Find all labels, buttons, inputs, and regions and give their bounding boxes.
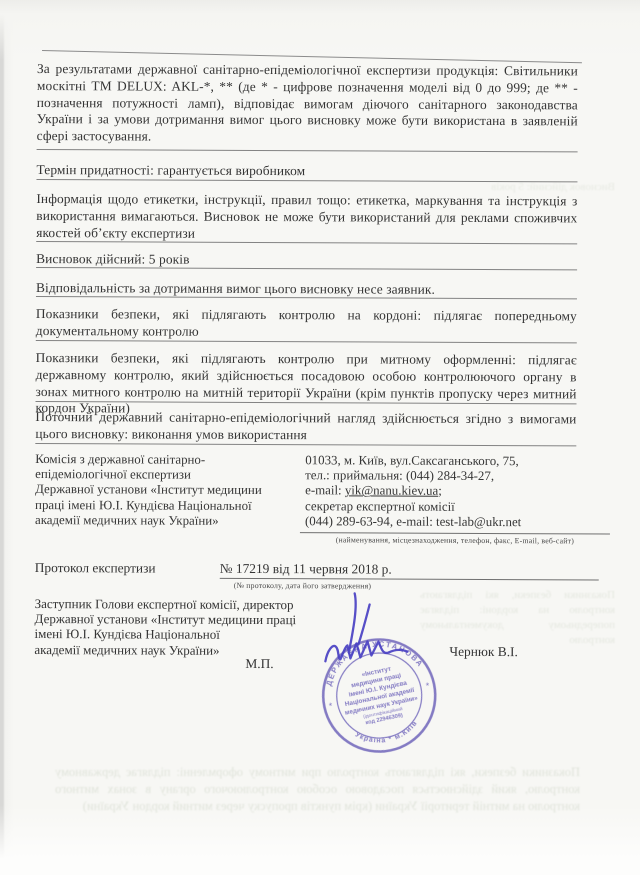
border-control-paragraph: Показники безпеки, які підлягають контро… xyxy=(36,306,577,342)
expertise-result-paragraph: За результатами державної санітарно-епід… xyxy=(37,61,578,147)
separator-rule xyxy=(220,578,599,581)
signatory-line: академії медичних наук України» xyxy=(34,642,334,659)
commission-name-block: Комісія з державної санітарно- епідеміол… xyxy=(35,452,305,529)
commission-line: Державної установи «Інститут медицини xyxy=(35,482,305,498)
commission-contacts-block: 01033, м. Київ, вул.Саксаганського, 75, … xyxy=(305,453,615,530)
email-suffix: ; xyxy=(438,484,442,498)
email-address: yik@nanu.kiev.ua xyxy=(345,484,438,498)
separator-rule xyxy=(37,149,578,152)
signatory-line: імені Ю.І. Кундієва Національної xyxy=(34,626,334,643)
contact-line: тел.: приймальня: (044) 284-34-27, xyxy=(305,468,615,485)
signatory-line: Заступник Голови експертної комісії, дир… xyxy=(35,596,335,613)
contact-line: (044) 289-63-94, e-mail: test-lab@ukr.ne… xyxy=(305,514,615,531)
protocol-label: Протокол експертизи xyxy=(35,560,156,577)
signature-stroke xyxy=(312,586,432,682)
contact-line: 01033, м. Київ, вул.Саксаганського, 75, xyxy=(305,453,615,470)
stamp-asterisk: * xyxy=(328,701,334,712)
commission-line: академії медичних наук України» xyxy=(35,513,305,529)
stamp-bottom-arc-text: Україна * м.Київ xyxy=(353,719,422,751)
contact-line: секретар експертної комісії xyxy=(305,499,615,516)
supervision-paragraph: Поточний державний санітарно-епідеміолог… xyxy=(35,409,576,445)
shelf-life-line: Термін придатності: гарантується виробни… xyxy=(36,162,577,181)
protocol-number: № 17219 від 11 червня 2018 р. xyxy=(220,561,392,578)
signatory-name: Чернюк В.І. xyxy=(449,644,518,660)
seal-mark: М.П. xyxy=(245,656,273,672)
signatory-line: Державної установи «Інститут медицини пр… xyxy=(35,611,335,628)
contacts-caption: (найменування, місцезнаходження, телефон… xyxy=(300,535,610,545)
scanned-document-page: Висновок дійсний: 5 років Показники безп… xyxy=(0,0,640,875)
commission-line: праці імені Ю.І. Кундієва Національної xyxy=(35,498,305,514)
commission-line: Комісія з державної санітарно- xyxy=(35,452,305,468)
stamp-asterisk: * xyxy=(425,681,431,692)
contact-line: e-mail: yik@nanu.kiev.ua; xyxy=(305,484,615,501)
commission-line: епідеміологічної експертизи xyxy=(35,467,305,483)
signatory-title-block: Заступник Голови експертної комісії, дир… xyxy=(34,596,334,658)
label-info-paragraph: Інформація щодо етикетки, інструкції, пр… xyxy=(36,191,577,244)
separator-rule xyxy=(300,532,610,534)
email-label: e-mail: xyxy=(305,484,345,498)
